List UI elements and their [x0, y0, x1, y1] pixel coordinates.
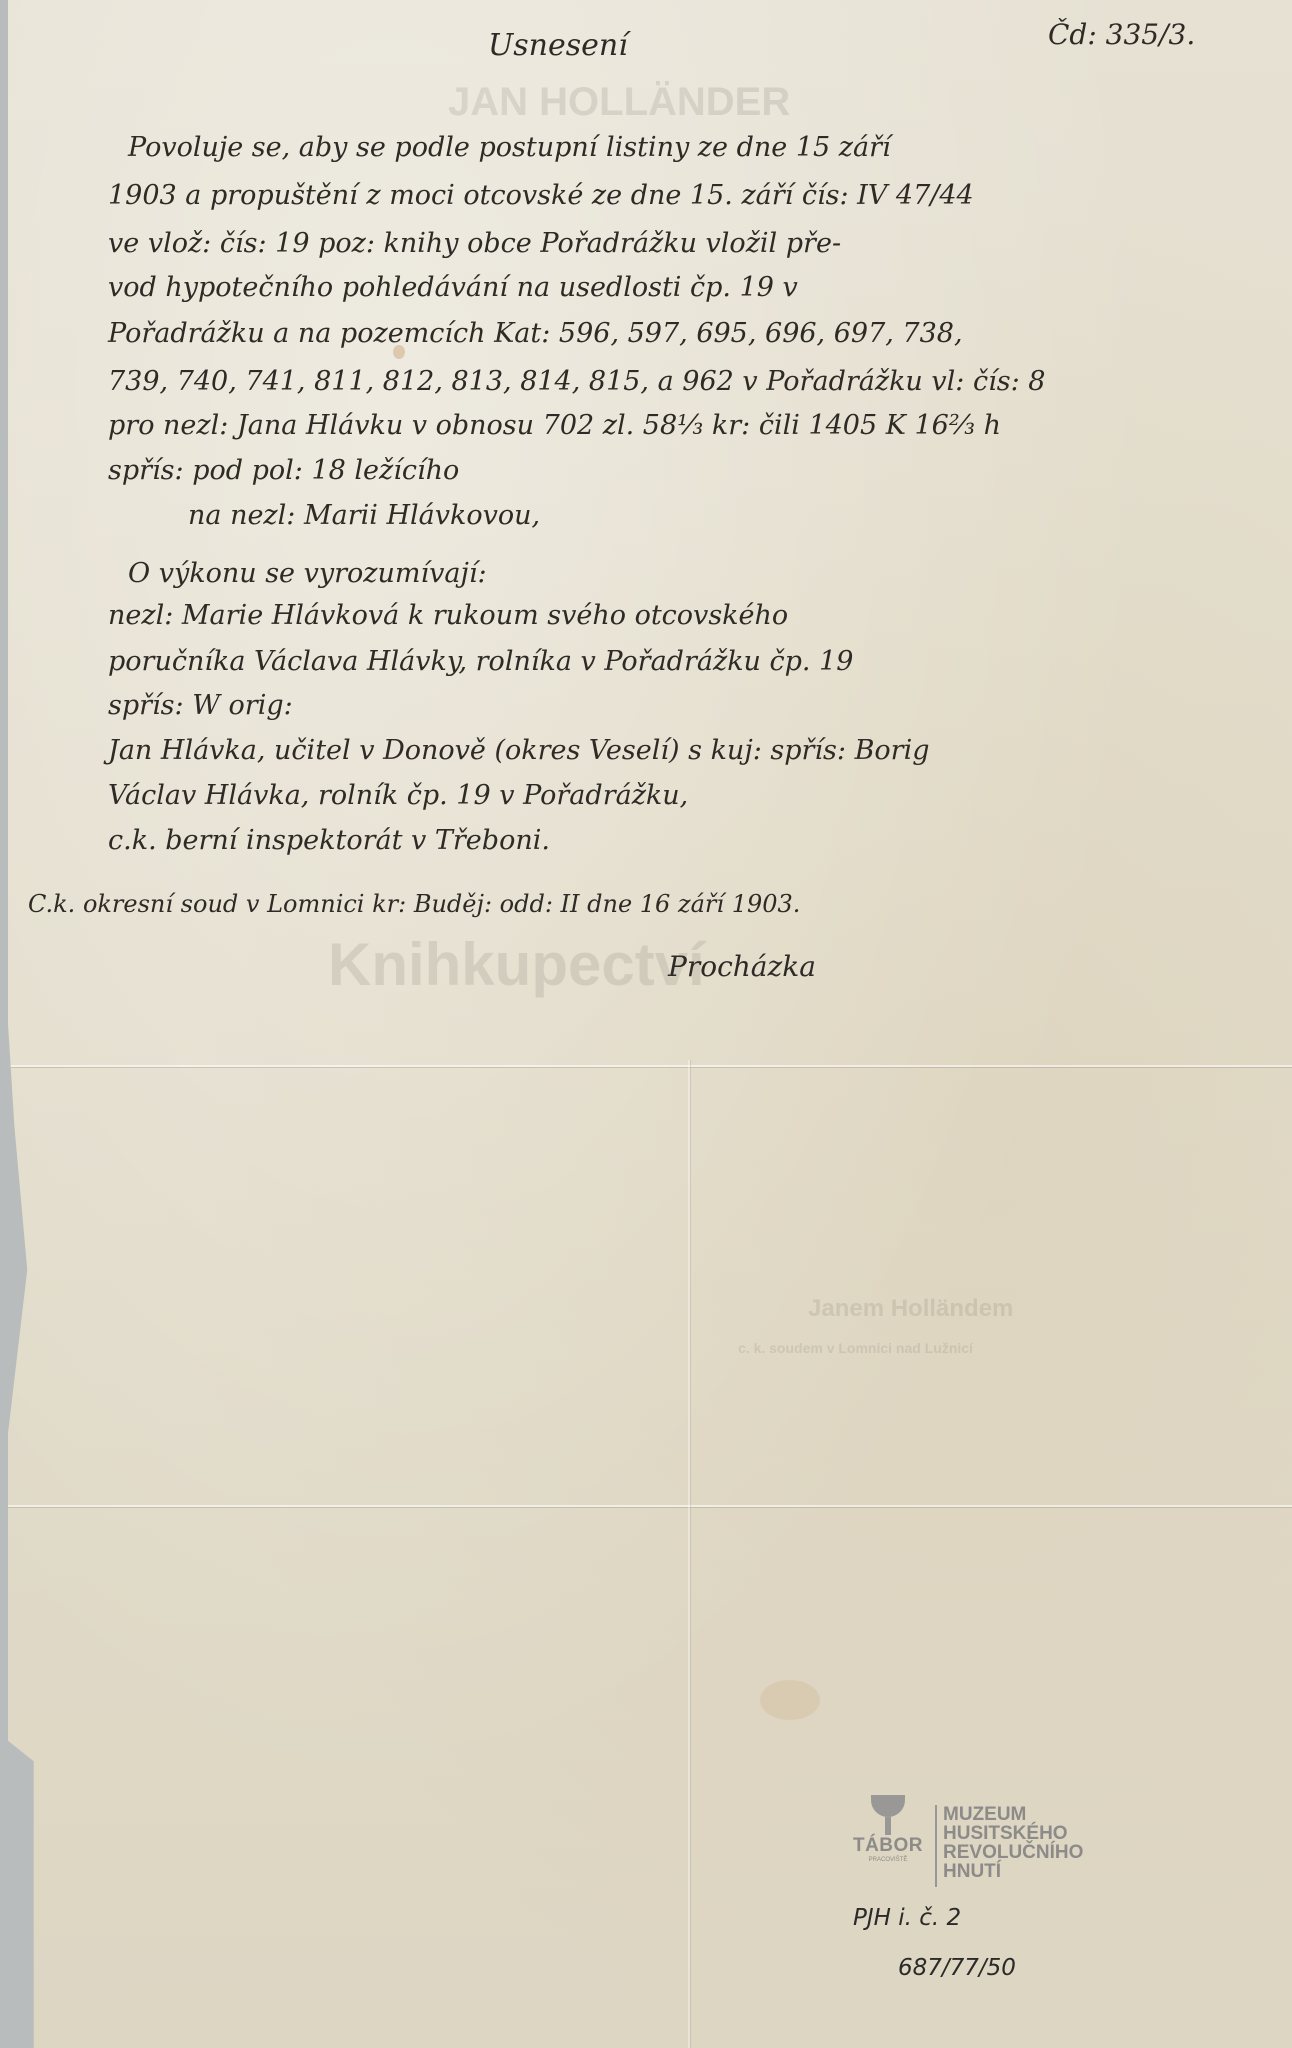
museum-stamp: TÁBOR PRACOVIŠTĚ MUZEUM HUSITSKÉHO REVOL…: [848, 1795, 1168, 1895]
bleedthrough-text: c. k. soudem v Lomnici nad Lužnicí: [738, 1340, 973, 1356]
bleedthrough-text: Janem Holländem: [808, 1295, 1013, 1323]
body-line: pro nezl: Jana Hlávku v obnosu 702 zl. 5…: [108, 410, 1001, 441]
museum-name: MUZEUM HUSITSKÉHO REVOLUČNÍHO HNUTÍ: [943, 1805, 1083, 1881]
signature: Procházka: [668, 950, 816, 983]
notification-line: nezl: Marie Hlávková k rukoum svého otco…: [108, 600, 788, 631]
fold-crease: [688, 1060, 690, 2048]
notification-line: Václav Hlávka, rolník čp. 19 v Pořadrážk…: [108, 780, 688, 811]
body-line: Pořadrážku a na pozemcích Kat: 596, 597,…: [108, 318, 963, 349]
notification-heading: O výkonu se vyrozumívají:: [128, 558, 487, 589]
body-line: 739, 740, 741, 811, 812, 813, 814, 815, …: [108, 366, 1045, 397]
body-line: ve vlož: čís: 19 poz: knihy obce Pořadrá…: [108, 228, 841, 259]
body-line: spřís: pod pol: 18 ležícího: [108, 455, 459, 486]
body-line: 1903 a propuštění z moci otcovské ze dne…: [108, 180, 974, 211]
document-title: Usnesení: [488, 28, 628, 63]
fold-crease: [8, 1065, 1292, 1067]
archive-catalog-number: 687/77/50: [898, 1955, 1016, 1981]
notification-line: c.k. berní inspektorát v Třeboni.: [108, 825, 550, 856]
document-page: JAN HOLLÄNDER Knihkupectví Janem Holländ…: [8, 0, 1292, 2048]
notification-line: poručníka Václava Hlávky, rolníka v Pořa…: [108, 646, 853, 677]
chalice-logo-icon: TÁBOR PRACOVIŠTĚ: [848, 1795, 928, 1863]
body-line: vod hypotečního pohledávání na usedlosti…: [108, 272, 798, 303]
body-line: na nezl: Marii Hlávkovou,: [188, 500, 540, 531]
stain: [760, 1680, 820, 1720]
court-line: C.k. okresní soud v Lomnici kr: Buděj: o…: [28, 890, 800, 918]
fold-crease: [8, 1505, 1292, 1507]
notification-line: spřís: W orig:: [108, 690, 293, 721]
reference-number: Čd: 335/3.: [1048, 18, 1195, 51]
bleedthrough-text: Knihkupectví: [328, 930, 705, 999]
archive-inventory-mark: PJH i. č. 2: [853, 1905, 961, 1931]
body-line: Povoluje se, aby se podle postupní listi…: [128, 132, 891, 163]
notification-line: Jan Hlávka, učitel v Donově (okres Vesel…: [108, 735, 930, 766]
bleedthrough-text: JAN HOLLÄNDER: [448, 80, 790, 125]
